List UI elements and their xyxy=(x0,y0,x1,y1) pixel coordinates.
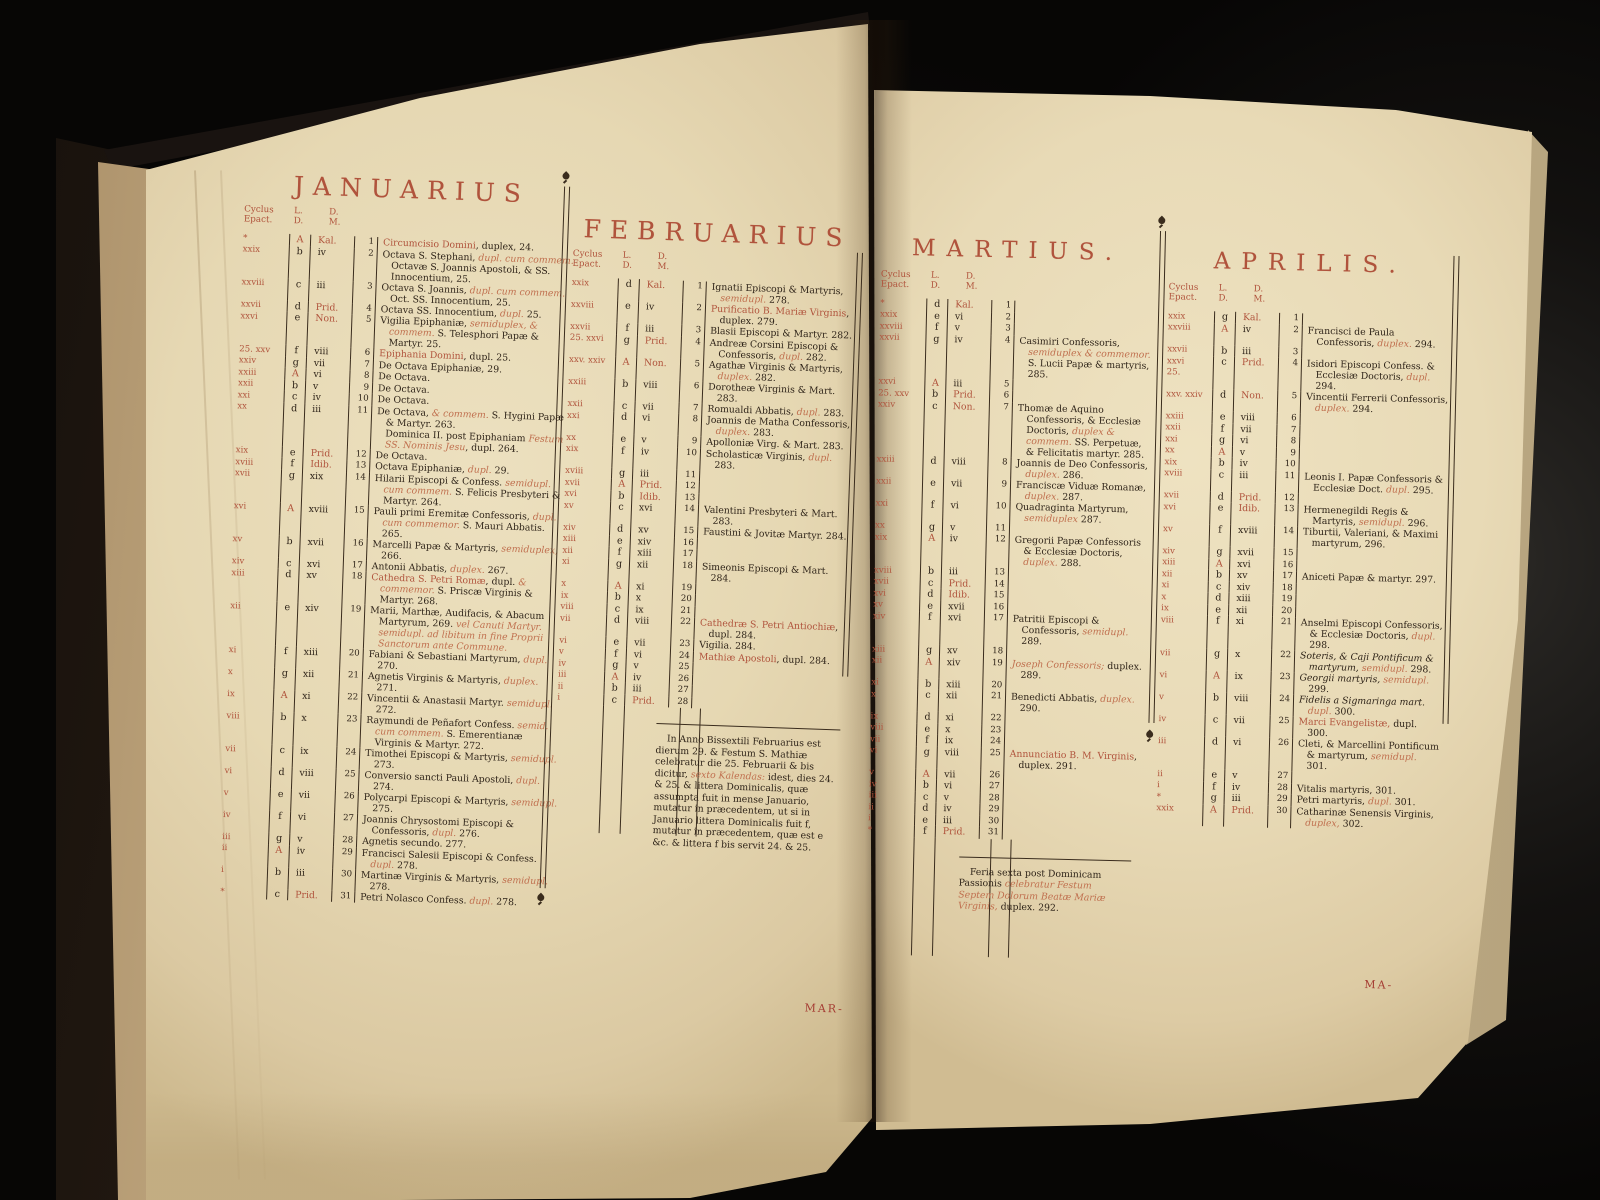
feast-segment: dupl. xyxy=(523,655,547,667)
day-name: iii xyxy=(304,403,349,448)
day-number: 14 xyxy=(985,579,1009,591)
littera-dominicalis-header: L.D. xyxy=(1214,284,1239,304)
dominical-letter: A xyxy=(915,768,937,780)
day-name: vi xyxy=(948,311,991,324)
day-number: 7 xyxy=(350,359,374,371)
month-table-februarius: FEBRUARIUS CyclusEpact.L.D.D.M. xxixdKal… xyxy=(552,214,862,855)
day-number: 18 xyxy=(672,560,697,583)
feast-segment: 299. xyxy=(1308,684,1329,695)
dominical-letter: c xyxy=(923,400,946,456)
feast-text: Gregorii Papæ Confessoris & Ecclesiæ Doc… xyxy=(1009,535,1147,571)
day-name: Prid. xyxy=(942,578,985,591)
dominical-letter: b xyxy=(924,389,946,401)
dominical-letter: g xyxy=(925,333,948,378)
feast-segment: 282. xyxy=(752,372,776,384)
feast-segment: dupl. xyxy=(516,775,540,787)
feast-segment: semidupl. xyxy=(1383,675,1429,687)
epact-value: ii xyxy=(221,843,268,867)
cyclus-epact-header: CyclusEpact. xyxy=(1168,283,1214,303)
day-number: 28 xyxy=(1268,782,1292,794)
feast-segment: 294. xyxy=(1315,381,1336,392)
day-name: vii xyxy=(1226,715,1270,738)
day-number: 16 xyxy=(674,537,698,549)
epact-value: xxv. xxiv xyxy=(1166,388,1213,411)
dominical-letter: g xyxy=(285,357,307,369)
feast-text: Isidori Episcopi Confess. & Ecclesiæ Doc… xyxy=(1301,359,1449,395)
day-number: 11 xyxy=(986,523,1010,535)
epact-value: ix xyxy=(227,688,274,712)
day-name: v xyxy=(943,522,986,535)
epact-value: xiii xyxy=(230,567,277,602)
day-number: 20 xyxy=(672,594,696,606)
day-number: 4 xyxy=(990,335,1015,380)
day-name: xv xyxy=(1230,570,1273,583)
dominical-letter: e xyxy=(609,535,631,547)
note-segment: idest, dies 24. & 25. & littera Dominica… xyxy=(652,772,834,854)
day-number: 31 xyxy=(979,827,1003,839)
day-number: 13 xyxy=(1274,504,1299,527)
day-name: viii xyxy=(1227,693,1271,716)
day-number: 13 xyxy=(985,567,1009,579)
feast-segment: 282. xyxy=(803,352,827,364)
day-number: 13 xyxy=(346,460,370,472)
feast-segment: 302. xyxy=(1340,818,1364,830)
feast-segment: 266. xyxy=(381,550,402,562)
epact-value: viii xyxy=(1160,614,1207,648)
day-number: 27 xyxy=(980,781,1004,793)
day-name: v xyxy=(1233,446,1276,459)
dominical-letter: c xyxy=(609,501,632,524)
dominical-letter: e xyxy=(605,636,627,648)
epact-value: xv xyxy=(563,500,610,524)
day-number: 21 xyxy=(982,691,1007,714)
day-number: 29 xyxy=(332,847,357,870)
feast-segment: 296. xyxy=(1405,518,1429,530)
dominical-letter: g xyxy=(1208,546,1230,558)
feast-segment: Dorotheæ Virginis & Mart. 283. xyxy=(708,381,835,404)
dominical-letter: c xyxy=(1212,356,1235,390)
day-name: iii xyxy=(936,815,979,828)
dominical-letter: A xyxy=(273,690,296,713)
dominical-letter: c xyxy=(283,391,305,403)
day-number: 9 xyxy=(987,479,1012,502)
day-number: 25 xyxy=(1269,716,1294,739)
day-name: xii xyxy=(295,669,339,692)
day-name: xv xyxy=(298,570,342,604)
day-name: Prid. xyxy=(1232,491,1275,504)
feast-segment: dupl. xyxy=(500,308,524,320)
day-number: 27 xyxy=(668,685,692,697)
dominical-letter: c xyxy=(266,888,288,900)
day-name: iv xyxy=(936,803,979,816)
day-number: 12 xyxy=(346,449,370,461)
feast-segment: semidupl. xyxy=(1371,751,1417,763)
feast-segment: 288. xyxy=(1058,558,1082,570)
feast-segment: 301. xyxy=(1306,761,1327,772)
day-name: xvii xyxy=(941,601,984,614)
epact-value: vi xyxy=(869,745,916,768)
feast-text: Quadraginta Martyrum, semiduplex 287. xyxy=(1010,501,1147,526)
feast-segment: dupl. xyxy=(370,859,394,871)
dies-mensis-header: D.M. xyxy=(643,252,716,274)
calendar-row: xxviigiv4Casimiri Confessoris, semiduple… xyxy=(879,332,1152,382)
day-name: Kal. xyxy=(1236,312,1279,325)
dominical-letter: A xyxy=(607,580,629,592)
dominical-letter: e xyxy=(285,312,308,346)
feast-segment: 300. xyxy=(1331,706,1355,718)
dominical-letter: b xyxy=(614,378,637,401)
dominical-letter: d xyxy=(1212,389,1235,412)
feast-text: Thomæ de Aquino Confessoris, & Ecclesiæ … xyxy=(1012,402,1150,460)
calendar-rows-martius: *dKal.1xxixevi2xxviiifv3xxviigiv4Casimir… xyxy=(868,298,1153,843)
epact-value: v xyxy=(1159,691,1206,714)
dominical-letter: e xyxy=(1207,604,1229,616)
epact-value: xxvi 25. xyxy=(1166,355,1213,389)
feast-segment: Tiburtii, Valeriani, & Maximi martyrum, … xyxy=(1303,527,1438,551)
day-number: 8 xyxy=(677,414,702,437)
day-number: 22 xyxy=(1271,650,1296,673)
feast-segment: dupl. xyxy=(468,464,492,476)
left-page-content: JANUARIUS CyclusEpact.L.D.D.M. *AKal.1Ci… xyxy=(110,16,872,1200)
dominical-letter: g xyxy=(1211,434,1233,446)
feast-segment: Valentini Presbyteri & Mart. 283. xyxy=(704,505,838,528)
day-name: Non. xyxy=(636,357,680,380)
feast-segment: 278. xyxy=(493,896,517,908)
day-number: 17 xyxy=(983,613,1008,647)
epact-value: xvii xyxy=(234,468,281,503)
epact-value: xxviii xyxy=(241,277,288,301)
day-number: 12 xyxy=(676,481,700,493)
dominical-letter: d xyxy=(270,767,293,790)
bissextile-note: In Anno Bissextili Februarius est dierum… xyxy=(652,723,840,854)
day-number: 6 xyxy=(1277,413,1301,425)
day-number: 18 xyxy=(983,646,1007,658)
dominical-letter: g xyxy=(615,334,638,357)
day-number: 7 xyxy=(988,402,1013,458)
day-name: v xyxy=(948,322,991,335)
dominical-letter: e xyxy=(922,477,945,500)
day-name: xiii xyxy=(296,647,340,670)
day-number: 3 xyxy=(681,325,705,337)
day-name: xi xyxy=(1228,616,1272,650)
dominical-letter: c xyxy=(613,400,635,412)
feast-segment: 283. xyxy=(750,427,774,439)
dominical-letter: b xyxy=(278,535,301,558)
day-name: Kal. xyxy=(948,299,991,312)
epact-value: xx xyxy=(236,401,284,447)
dominical-letter: f xyxy=(926,322,948,334)
day-number: 5 xyxy=(1277,391,1302,414)
day-number: 30 xyxy=(979,816,1003,828)
day-name: vi xyxy=(937,780,980,793)
day-number: 26 xyxy=(334,791,359,814)
dominical-letter: e xyxy=(275,602,299,647)
day-number: 12 xyxy=(1275,492,1299,504)
day-number: 12 xyxy=(985,534,1010,568)
column-headers: CyclusEpact.L.D.D.M. xyxy=(572,250,860,279)
day-number: 25 xyxy=(980,748,1005,771)
day-number: 26 xyxy=(669,673,693,685)
right-page-content: MARTIUS. CyclusEpact.L.D.D.M. *dKal.1xxi… xyxy=(842,84,1529,1159)
feast-segment: 283. xyxy=(714,460,735,472)
dominical-letter: f xyxy=(918,612,941,646)
day-name: xviii xyxy=(1231,525,1275,548)
dominical-letter: f xyxy=(916,735,938,747)
epact-value: xix xyxy=(565,443,612,467)
dominical-letter: b xyxy=(917,678,939,690)
dominical-letter: f xyxy=(616,323,638,335)
dominical-letter: A xyxy=(604,671,626,683)
feast-segment: 271. xyxy=(376,682,397,694)
cyclus-epact-header: CyclusEpact. xyxy=(881,270,927,290)
epact-value: vi xyxy=(224,765,271,789)
day-name: vii xyxy=(291,790,335,813)
feast-segment: 278. xyxy=(394,860,418,872)
dominical-letter: e xyxy=(1212,411,1234,423)
day-number: 13 xyxy=(675,492,699,504)
day-name: iv xyxy=(289,845,333,868)
feast-segment: 25. xyxy=(524,309,542,321)
day-name: xvi xyxy=(1230,558,1273,571)
day-name: vi xyxy=(943,500,987,523)
feast-segment: 272. xyxy=(376,704,397,716)
epact-value: vi xyxy=(1159,669,1206,692)
dominical-letter: c xyxy=(920,577,942,589)
feast-segment: duplex. xyxy=(504,676,539,688)
feast-segment: 273. xyxy=(374,759,395,771)
epact-value: xxiv xyxy=(877,399,924,455)
day-number: 11 xyxy=(347,405,373,450)
epact-value: xi xyxy=(561,556,608,580)
day-number: 16 xyxy=(343,538,368,561)
day-number: 22 xyxy=(338,692,363,715)
epact-value: xviii xyxy=(1164,468,1211,491)
dominical-letter: e xyxy=(616,301,639,324)
day-name: iv xyxy=(947,334,991,379)
day-number: 8 xyxy=(349,370,373,382)
day-number: 29 xyxy=(1268,794,1292,806)
epact-value: xvi xyxy=(233,501,280,536)
dominical-letter: d xyxy=(922,455,945,478)
day-number: 28 xyxy=(979,793,1003,805)
calendar-rows-januarius: *AKal.1Circumcisio Domini, duplex, 24.xx… xyxy=(220,233,577,910)
column-headers: CyclusEpact.L.D.D.M. xyxy=(1168,283,1450,309)
feast-segment: Cleti, & Marcellini Pontificum & martyru… xyxy=(1298,739,1439,763)
dominical-letter: c xyxy=(287,279,310,302)
dominical-letter: A xyxy=(1208,558,1230,570)
feast-segment: 275. xyxy=(372,803,393,815)
feast-segment: dupl. xyxy=(1406,372,1430,384)
epact-value: xv xyxy=(1163,523,1210,546)
feast-segment: 298. xyxy=(1407,664,1431,676)
epact-value: vii xyxy=(1160,647,1207,670)
dominical-letter: b xyxy=(610,490,632,502)
dominical-letter: c xyxy=(603,694,625,706)
dominical-letter: c xyxy=(1210,469,1233,492)
feast-text: Benedicti Abbatis, duplex. 290. xyxy=(1006,692,1143,717)
day-number: 17 xyxy=(343,560,367,572)
dominical-letter: d xyxy=(609,523,631,535)
day-number: 25 xyxy=(335,769,360,792)
epact-value: iv xyxy=(1158,713,1205,736)
day-number: 27 xyxy=(1268,771,1292,783)
feast-segment: S. Lucii Papæ & martyris, 285. xyxy=(1028,358,1150,380)
day-name: xiii xyxy=(939,679,982,692)
epact-value: xxviii xyxy=(1167,322,1214,345)
day-name: Prid. xyxy=(288,889,331,902)
day-number: 6 xyxy=(679,380,704,403)
day-number: 5 xyxy=(989,379,1013,391)
day-number: 2 xyxy=(1278,325,1303,348)
dominical-letter: e xyxy=(1203,769,1225,781)
feast-segment: 295. xyxy=(1410,485,1434,497)
day-name: xiv xyxy=(297,603,342,648)
day-number: 4 xyxy=(1277,358,1302,392)
dominical-letter: b xyxy=(920,566,942,578)
epact-value: xxix xyxy=(242,244,289,279)
feast-segment: Simeonis Episcopi & Mart. 284. xyxy=(702,561,829,584)
dominical-letter: f xyxy=(1211,423,1233,435)
day-number: 1 xyxy=(1279,313,1303,325)
feast-segment: duplex, xyxy=(1305,817,1340,829)
day-name: x xyxy=(1228,649,1272,672)
dominical-letter: A xyxy=(267,844,290,867)
dominical-letter: b xyxy=(266,866,289,889)
day-number: 3 xyxy=(1278,347,1302,359)
day-name: iv xyxy=(633,446,677,469)
dominical-letter: e xyxy=(269,789,292,812)
day-name: iv xyxy=(638,301,682,324)
calendar-row: xxivcNon.7Thomæ de Aquino Confessoris, &… xyxy=(877,399,1150,460)
dominical-letter: e xyxy=(926,310,948,322)
dominical-letter: f xyxy=(1203,781,1225,793)
feast-segment: duplex. xyxy=(1100,694,1135,706)
day-number: 28 xyxy=(668,696,692,708)
dominical-letter: A xyxy=(1213,323,1236,346)
day-name: viii xyxy=(627,615,671,638)
calendar-rows-aprilis: xxixgKal.1xxviiiAiv2Francisci de Paula C… xyxy=(1156,310,1450,831)
day-name: iii xyxy=(288,867,332,890)
day-name: x xyxy=(938,724,981,737)
day-number: 24 xyxy=(981,736,1005,748)
day-name: iv xyxy=(1235,324,1279,347)
day-name: xv xyxy=(940,645,983,658)
dominical-letter: A xyxy=(1202,804,1225,827)
note-segment: duplex. 292. xyxy=(998,902,1059,914)
feast-segment: dupl. xyxy=(1368,796,1392,808)
feast-segment: 287. xyxy=(1078,514,1102,526)
day-name: xiii xyxy=(1229,593,1272,606)
day-number: 2 xyxy=(353,248,378,282)
day-number: 25 xyxy=(669,662,693,674)
dominical-letter: A xyxy=(279,502,302,536)
dominical-letter: A xyxy=(289,234,311,246)
dies-mensis-header: D.M. xyxy=(315,208,388,230)
dominical-letter: f xyxy=(611,445,634,468)
day-number: 2 xyxy=(681,303,706,326)
epact-value: * xyxy=(220,887,266,900)
feast-segment: 294. xyxy=(1412,339,1436,351)
dominical-letter: d xyxy=(276,569,299,603)
epact-value: xxiii xyxy=(876,454,923,477)
day-name: iv xyxy=(310,246,354,280)
epact-value: xxvii xyxy=(879,332,926,377)
day-number: 9 xyxy=(677,436,701,448)
dominical-letter: b xyxy=(603,682,625,694)
fleuron-leaf-ornament xyxy=(1145,729,1155,739)
feast-segment: 294. xyxy=(1349,404,1373,416)
feast-segment: dupl. xyxy=(469,895,493,907)
day-name: xii xyxy=(1229,604,1272,617)
dominical-letter: A xyxy=(611,478,633,490)
feast-segment: duplex. xyxy=(1025,469,1060,481)
epact-value: i xyxy=(220,865,267,889)
day-name: iv xyxy=(1225,781,1268,794)
day-number: 15 xyxy=(1273,548,1297,560)
dominical-letter: b xyxy=(1208,569,1230,581)
day-name: iv xyxy=(942,533,986,567)
epact-value: xxvi xyxy=(239,310,286,345)
dominical-letter: f xyxy=(274,646,297,669)
dominical-letter: g xyxy=(918,645,940,657)
epact-value: x xyxy=(871,689,918,712)
dominical-letter: c xyxy=(917,690,940,713)
day-name: iii xyxy=(1225,793,1268,806)
feast-text: Joannis de Deo Confessoris, duplex. 286. xyxy=(1011,457,1148,482)
dominical-letter: f xyxy=(285,345,307,357)
day-number: 11 xyxy=(676,469,700,481)
day-name: xiv xyxy=(1230,581,1273,594)
day-number: 1 xyxy=(991,300,1015,312)
day-number: 18 xyxy=(341,571,366,605)
dominical-letter: d xyxy=(926,299,948,311)
dominical-letter: e xyxy=(612,434,634,446)
feast-segment: dupl. xyxy=(1308,706,1332,718)
dominical-letter: b xyxy=(1205,692,1228,715)
day-number: 10 xyxy=(1275,459,1299,471)
day-number: 6 xyxy=(350,347,374,359)
day-number: 19 xyxy=(672,582,696,594)
dominical-letter: f xyxy=(921,499,944,522)
dominical-letter: A xyxy=(284,368,306,380)
day-name: ix xyxy=(938,735,981,748)
day-name: iii xyxy=(309,279,353,302)
feast-segment: 278. xyxy=(766,295,790,307)
column-headers: CyclusEpact.L.D.D.M. xyxy=(244,205,578,236)
feast-segment: dupl. xyxy=(779,351,803,363)
column-headers: CyclusEpact.L.D.D.M. xyxy=(881,270,1153,296)
day-name: xvii xyxy=(300,536,344,559)
day-name: vi xyxy=(1233,435,1276,448)
day-name: Non. xyxy=(1234,390,1278,413)
feast-segment: semiduplex, xyxy=(501,543,558,556)
feast-segment: dupl. xyxy=(1386,484,1410,496)
feast-text: Anselmi Episcopi Confessoris, & Ecclesiæ… xyxy=(1295,618,1443,654)
day-name: viii xyxy=(636,379,680,402)
feast-segment: 278. xyxy=(369,881,390,893)
day-number: 10 xyxy=(676,447,701,470)
fleuron-leaf-ornament xyxy=(1157,216,1167,226)
feast-text: Joseph Confessoris; duplex. 289. xyxy=(1006,658,1143,683)
dominical-letter: g xyxy=(611,467,633,479)
dominical-letter: d xyxy=(914,803,936,815)
day-number: 30 xyxy=(1267,805,1292,828)
dominical-letter: g xyxy=(280,469,303,503)
dominical-letter: g xyxy=(1206,648,1229,671)
epact-value: xxv. xxiv xyxy=(569,354,616,378)
dominical-letter: f xyxy=(268,811,291,834)
epact-value: xxix xyxy=(571,277,618,301)
